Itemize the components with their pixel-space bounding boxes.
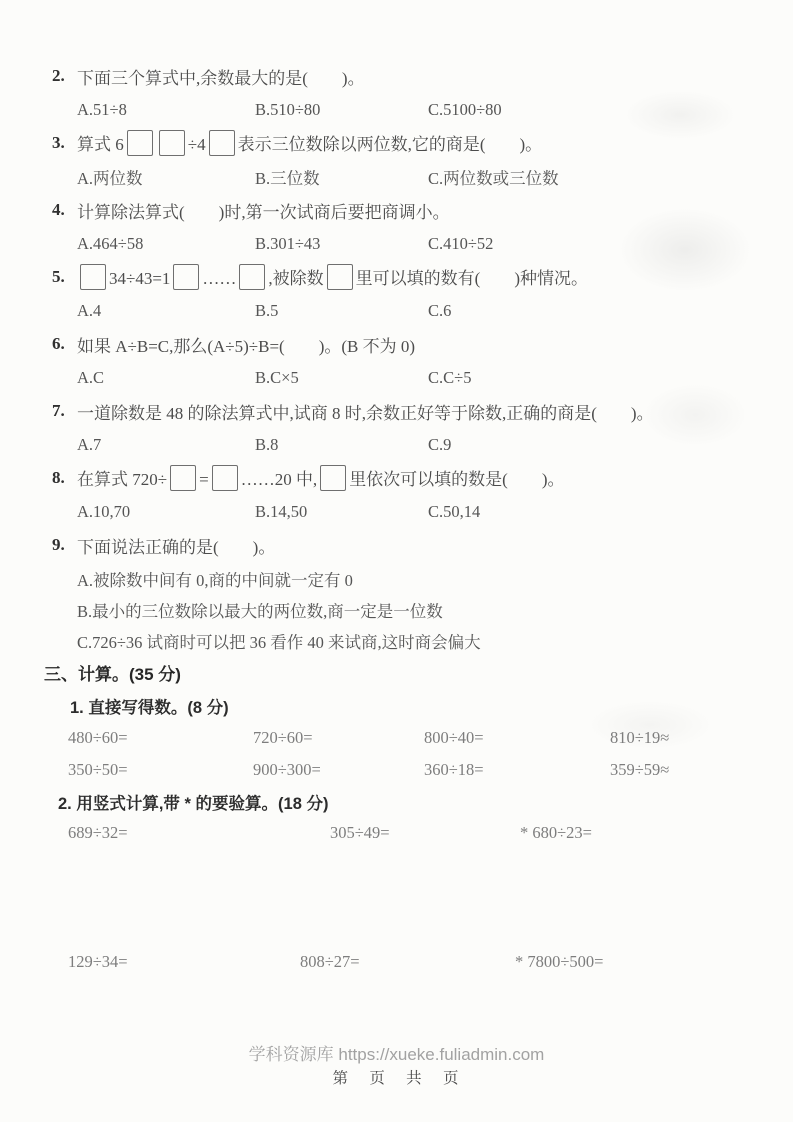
footer-page-label: 第 页 共 页 [0, 1066, 793, 1088]
question: 4.计算除法算式( )时,第一次试商后要把商调小。A.464÷58B.301÷4… [52, 192, 753, 259]
math-expression: * 7800÷500= [515, 952, 753, 972]
worksheet-content: 2.下面三个算式中,余数最大的是( )。A.51÷8B.510÷80C.5100… [0, 0, 793, 977]
vertical-calc-rows: 689÷32=305÷49=* 680÷23=129÷34=808÷27=* 7… [52, 817, 753, 977]
options-row: A.CB.C×5C.C÷5 [77, 362, 753, 393]
question-stem: 7.一道除数是 48 的除法算式中,试商 8 时,余数正好等于除数,正确的商是(… [52, 393, 753, 429]
question-number: 5. [52, 267, 77, 287]
question-stem-text: 34÷43=1……,被除数里可以填的数有( )种情况。 [77, 264, 588, 290]
blank-box [173, 264, 199, 290]
vertical-calc-title: 2. 用竖式计算,带 * 的要验算。(18 分) [58, 786, 753, 817]
question-stem: 8.在算式 720÷=……20 中,里依次可以填的数是( )。 [52, 460, 753, 496]
options-row: A.464÷58B.301÷43C.410÷52 [77, 228, 753, 259]
vertical-calc-row: 689÷32=305÷49=* 680÷23= [68, 817, 753, 848]
calculation-section: 三、计算。(35 分) 1. 直接写得数。(8 分) 480÷60=720÷60… [52, 656, 753, 977]
options-row: A.51÷8B.510÷80C.5100÷80 [77, 94, 753, 125]
option: B.8 [255, 435, 428, 455]
option: B.5 [255, 301, 428, 321]
math-expression: 305÷49= [330, 823, 520, 843]
option: B.510÷80 [255, 100, 428, 120]
option: C.50,14 [428, 502, 753, 522]
option: B.14,50 [255, 502, 428, 522]
question-stem: 2.下面三个算式中,余数最大的是( )。 [52, 58, 753, 94]
blank-box [209, 130, 235, 156]
blank-box [212, 465, 238, 491]
math-expression: 350÷50= [68, 760, 253, 780]
math-expression: 720÷60= [253, 728, 424, 748]
blank-box [159, 130, 185, 156]
question: 7.一道除数是 48 的除法算式中,试商 8 时,余数正好等于除数,正确的商是(… [52, 393, 753, 460]
question-stem: 3.算式 6÷4表示三位数除以两位数,它的商是( )。 [52, 125, 753, 161]
options-row: A.10,70B.14,50C.50,14 [77, 496, 753, 527]
option: C.两位数或三位数 [428, 165, 753, 189]
footer-site-link: 学科资源库 https://xueke.fuliadmin.com [0, 1040, 793, 1065]
question-number: 4. [52, 200, 77, 220]
question-number: 8. [52, 468, 77, 488]
option: C.6 [428, 301, 753, 321]
options-row: A.4B.5C.6 [77, 295, 753, 326]
math-expression: 480÷60= [68, 728, 253, 748]
blank-box [327, 264, 353, 290]
options-row: A.7B.8C.9 [77, 429, 753, 460]
question-number: 7. [52, 401, 77, 421]
question-stem-text: 下面说法正确的是( )。 [77, 533, 275, 558]
option: C.C÷5 [428, 368, 753, 388]
option: A.7 [77, 435, 255, 455]
blank-box [170, 465, 196, 491]
option: A.两位数 [77, 165, 255, 189]
option: A.被除数中间有 0,商的中间就一定有 0 [77, 563, 753, 594]
mental-math-rows: 480÷60=720÷60=800÷40=810÷19≈350÷50=900÷3… [52, 722, 753, 786]
question: 8.在算式 720÷=……20 中,里依次可以填的数是( )。A.10,70B.… [52, 460, 753, 527]
question-stem-text: 下面三个算式中,余数最大的是( )。 [77, 64, 365, 89]
math-expression: 808÷27= [300, 952, 515, 972]
question-stem-text: 算式 6÷4表示三位数除以两位数,它的商是( )。 [77, 130, 542, 156]
blank-box [80, 264, 106, 290]
mental-math-row: 350÷50=900÷300=360÷18=359÷59≈ [68, 753, 753, 786]
question: 5.34÷43=1……,被除数里可以填的数有( )种情况。A.4B.5C.6 [52, 259, 753, 326]
option: B.最小的三位数除以最大的两位数,商一定是一位数 [77, 594, 753, 625]
mental-math-title: 1. 直接写得数。(8 分) [70, 689, 753, 722]
math-expression: 810÷19≈ [610, 728, 753, 748]
blank-box [239, 264, 265, 290]
worksheet-page: 2.下面三个算式中,余数最大的是( )。A.51÷8B.510÷80C.5100… [0, 0, 793, 1122]
question-stem-text: 计算除法算式( )时,第一次试商后要把商调小。 [77, 198, 450, 223]
question-stem: 5.34÷43=1……,被除数里可以填的数有( )种情况。 [52, 259, 753, 295]
option: C.9 [428, 435, 753, 455]
question-stem: 6.如果 A÷B=C,那么(A÷5)÷B=( )。(B 不为 0) [52, 326, 753, 362]
option: A.51÷8 [77, 100, 255, 120]
question-number: 2. [52, 66, 77, 86]
choice-questions-section: 2.下面三个算式中,余数最大的是( )。A.51÷8B.510÷80C.5100… [52, 58, 753, 656]
question-stem-text: 在算式 720÷=……20 中,里依次可以填的数是( )。 [77, 465, 565, 491]
question-number: 3. [52, 133, 77, 153]
math-expression: 129÷34= [68, 952, 300, 972]
math-expression: * 680÷23= [520, 823, 753, 843]
option: A.464÷58 [77, 234, 255, 254]
question-stem: 4.计算除法算式( )时,第一次试商后要把商调小。 [52, 192, 753, 228]
question: 6.如果 A÷B=C,那么(A÷5)÷B=( )。(B 不为 0)A.CB.C×… [52, 326, 753, 393]
blank-box [127, 130, 153, 156]
question-number: 6. [52, 334, 77, 354]
option: C.410÷52 [428, 234, 753, 254]
question-stem-text: 如果 A÷B=C,那么(A÷5)÷B=( )。(B 不为 0) [77, 332, 415, 357]
blank-box [320, 465, 346, 491]
math-expression: 689÷32= [68, 823, 330, 843]
question: 2.下面三个算式中,余数最大的是( )。A.51÷8B.510÷80C.5100… [52, 58, 753, 125]
vertical-calc-row: 129÷34=808÷27=* 7800÷500= [68, 946, 753, 977]
question-number: 9. [52, 535, 77, 555]
math-expression: 360÷18= [424, 760, 610, 780]
option: B.三位数 [255, 165, 428, 189]
option: C.726÷36 试商时可以把 36 看作 40 来试商,这时商会偏大 [77, 625, 753, 656]
math-expression: 900÷300= [253, 760, 424, 780]
question: 3.算式 6÷4表示三位数除以两位数,它的商是( )。A.两位数B.三位数C.两… [52, 125, 753, 192]
option: B.C×5 [255, 368, 428, 388]
math-expression: 800÷40= [424, 728, 610, 748]
options-row: A.两位数B.三位数C.两位数或三位数 [77, 161, 753, 192]
option: A.C [77, 368, 255, 388]
calc-section-title: 三、计算。(35 分) [44, 656, 753, 689]
question-stem-text: 一道除数是 48 的除法算式中,试商 8 时,余数正好等于除数,正确的商是( )… [77, 399, 654, 424]
math-expression: 359÷59≈ [610, 760, 753, 780]
option: A.4 [77, 301, 255, 321]
option: A.10,70 [77, 502, 255, 522]
question: 9.下面说法正确的是( )。A.被除数中间有 0,商的中间就一定有 0B.最小的… [52, 527, 753, 656]
mental-math-row: 480÷60=720÷60=800÷40=810÷19≈ [68, 722, 753, 753]
question-stem: 9.下面说法正确的是( )。 [52, 527, 753, 563]
option: C.5100÷80 [428, 100, 753, 120]
option: B.301÷43 [255, 234, 428, 254]
